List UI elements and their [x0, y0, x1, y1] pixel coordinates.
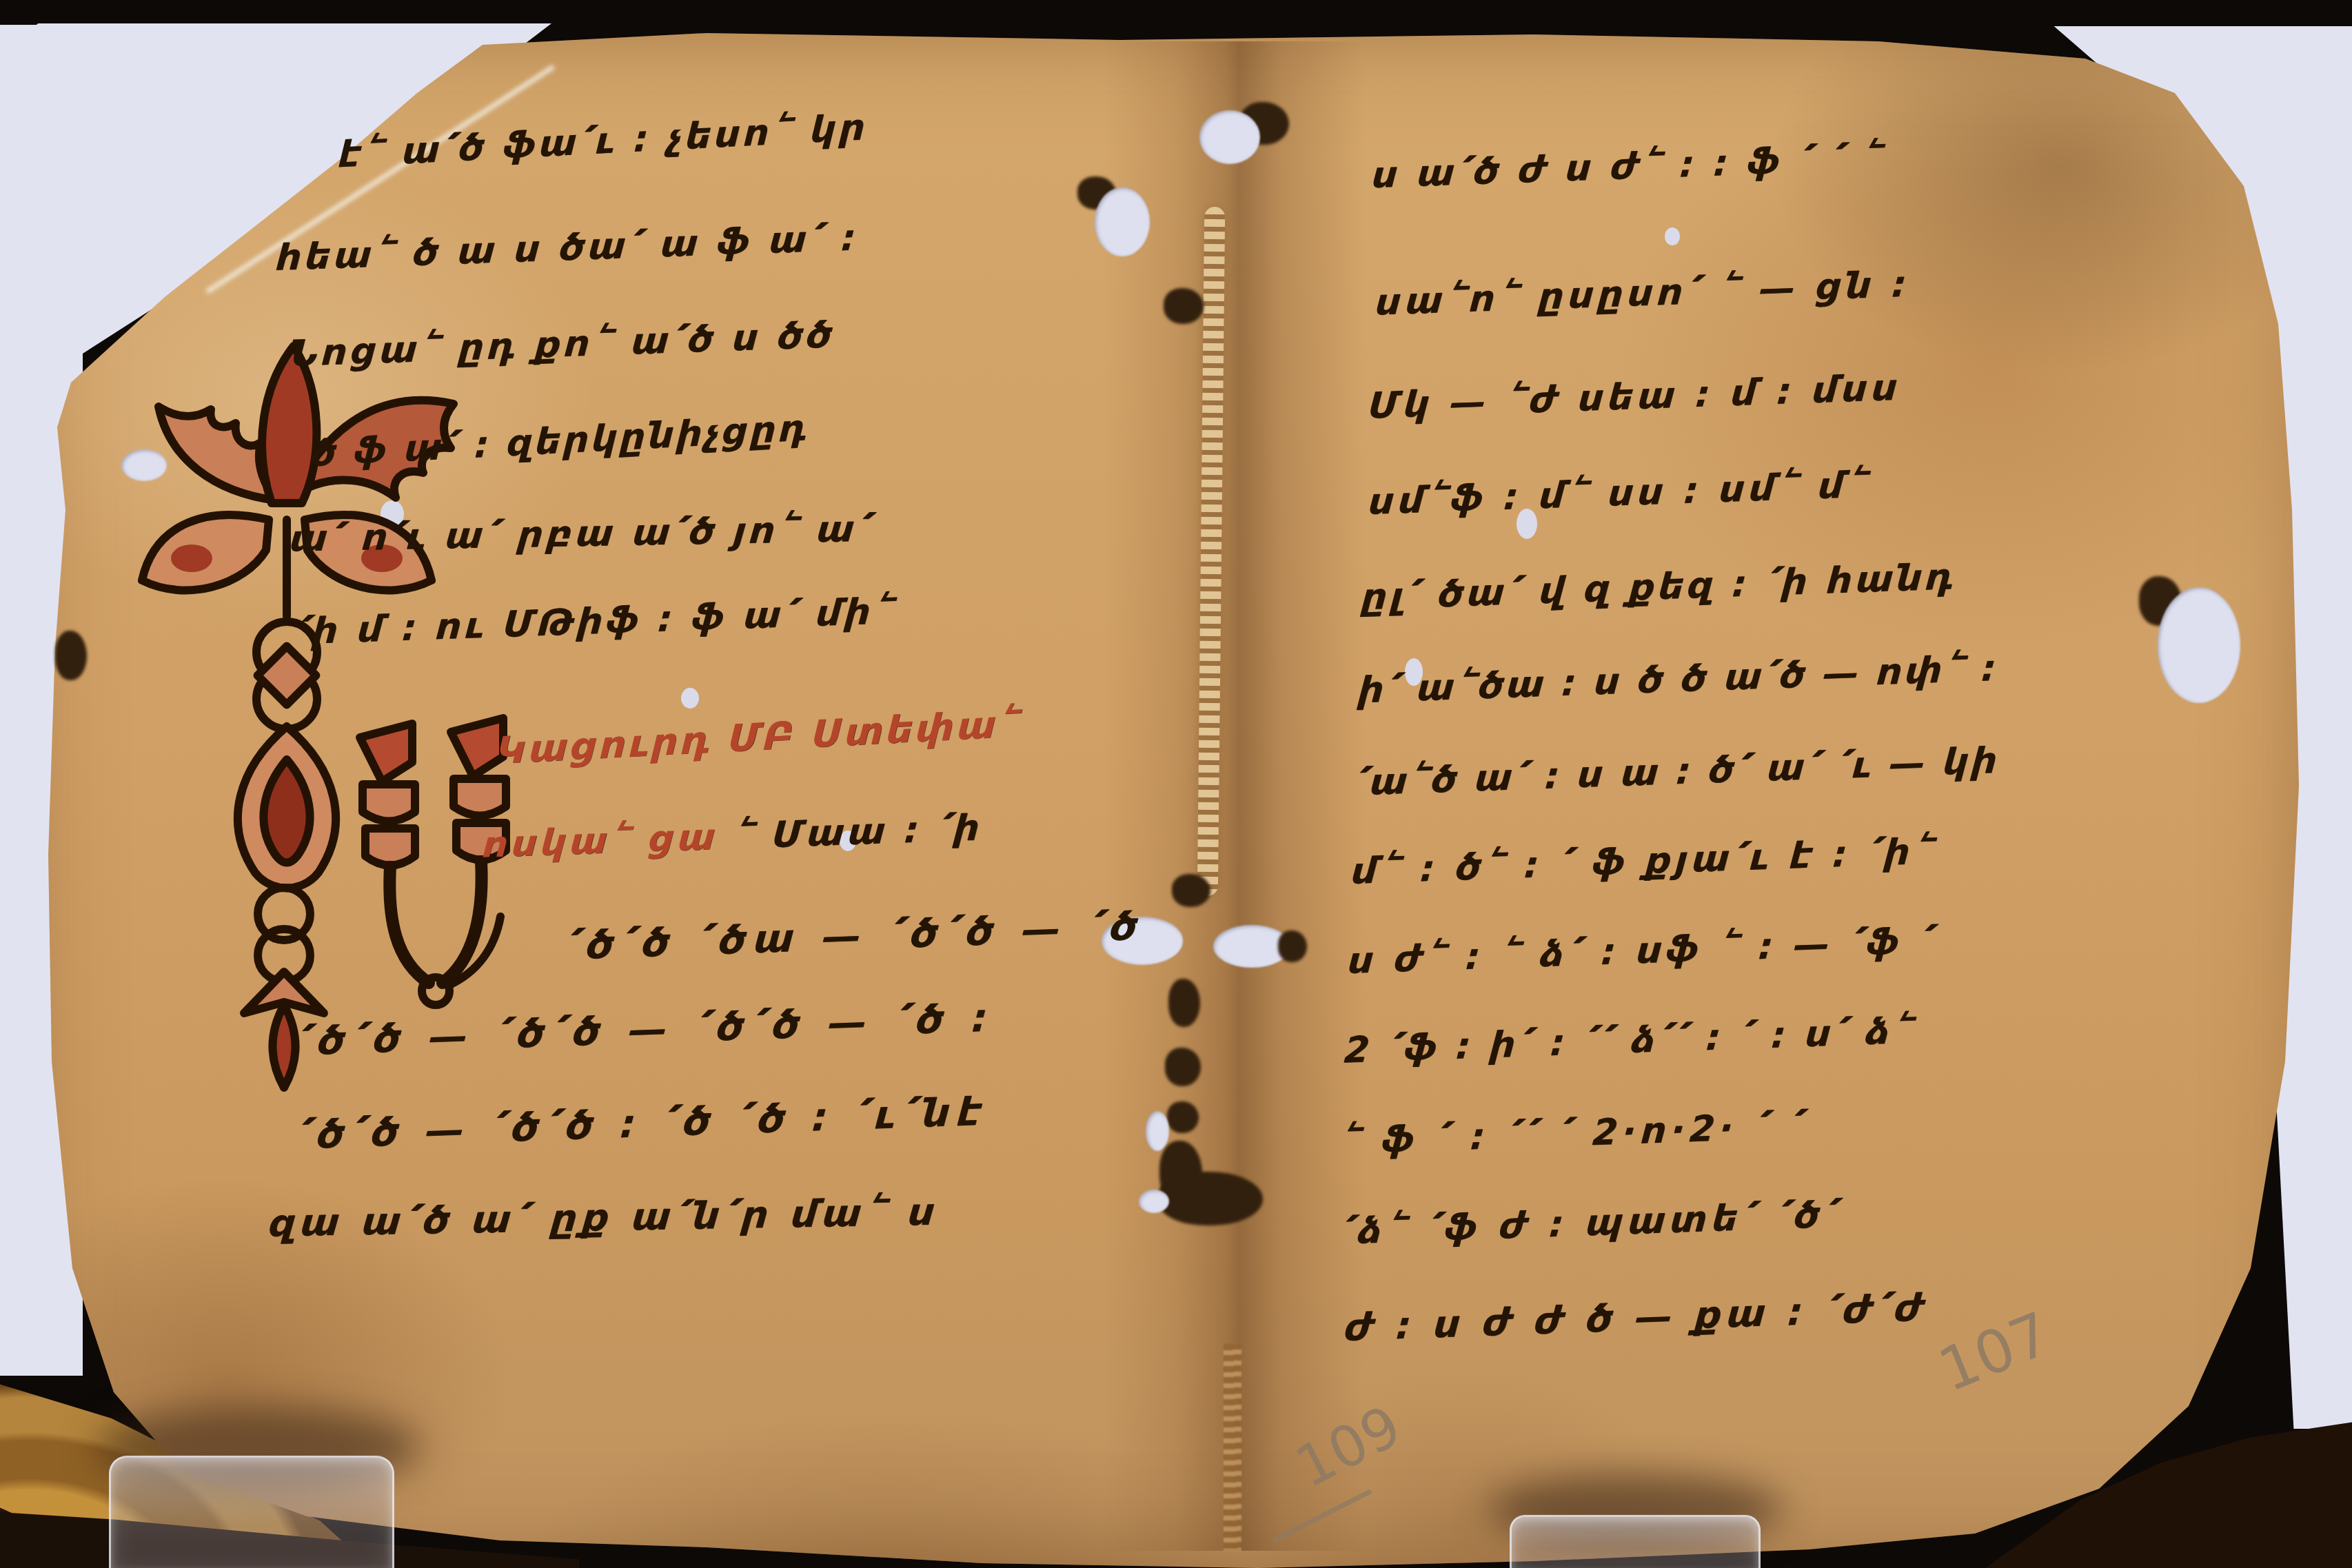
- initial-flag-left: [360, 724, 412, 782]
- binding-hole-stain: [1278, 930, 1307, 962]
- manuscript-photo: է՟ ա՛ծ ֆա՛ւ ։ չեսո՟ կրհեա՟ ծ ա ս ծա՛ ա ֆ…: [0, 0, 2352, 1568]
- binding-hole-stain: [1164, 288, 1204, 324]
- initial-bobbin-left-2: [365, 828, 415, 866]
- initial-bobbin-left-1: [363, 784, 415, 822]
- torn-hole: [1146, 1111, 1169, 1151]
- binding-hole-stain: [1165, 1048, 1201, 1086]
- initial-ring: [422, 977, 449, 1005]
- torn-hole: [1199, 110, 1260, 164]
- binding-hole-stain: [1167, 1101, 1199, 1133]
- gutter-fold-fibers: [1224, 1344, 1241, 1551]
- torn-hole: [2158, 587, 2240, 703]
- tail-drop: [272, 1005, 295, 1088]
- pinhole: [681, 688, 699, 709]
- plastic-clip-right: [1510, 1515, 1761, 1568]
- binding-hole-stain: [1168, 979, 1200, 1027]
- torn-hole: [1139, 1190, 1169, 1213]
- rubric-text: ոսկա՟ ցա: [481, 817, 720, 866]
- sepal-dot-left: [171, 544, 212, 572]
- binding-hole-stain: [1172, 874, 1210, 907]
- initial-tail-left: [389, 867, 429, 983]
- initial-bobbin-right-1: [454, 779, 506, 816]
- knot-bar: [258, 646, 316, 705]
- pinhole: [1665, 227, 1680, 245]
- plastic-clip-left: [109, 1456, 394, 1568]
- torn-hole: [1095, 187, 1150, 256]
- binding-hole-stain: [1158, 1172, 1263, 1225]
- gutter-crease: [1103, 41, 1365, 1551]
